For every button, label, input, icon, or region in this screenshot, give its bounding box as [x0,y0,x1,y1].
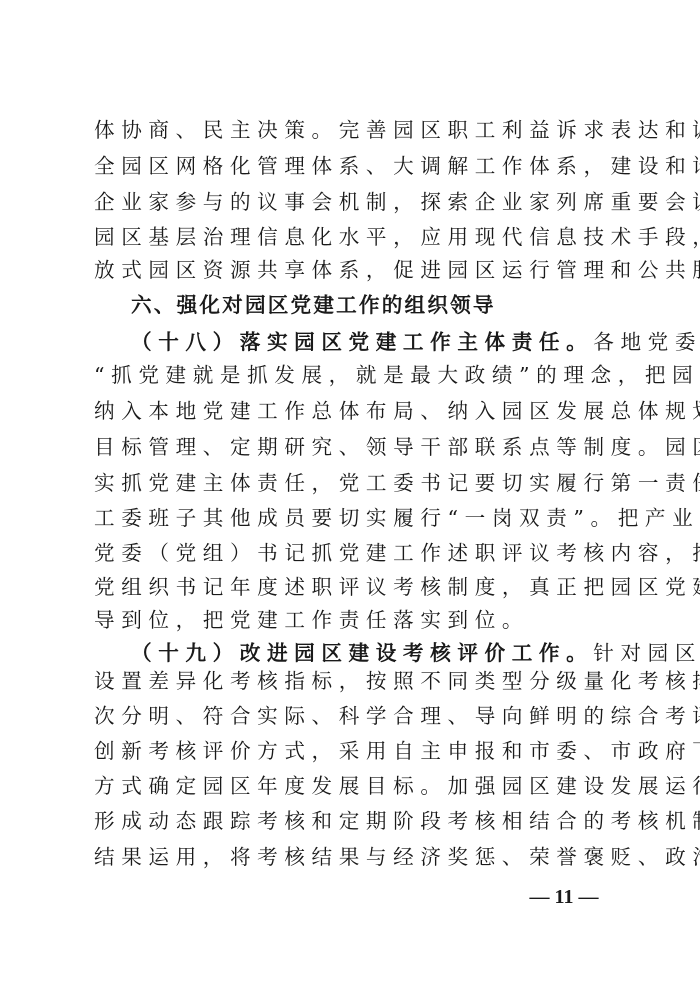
page-number: — 11 — [528,882,600,912]
text-line: “抓党建就是抓发展，就是最大政绩”的理念，把园区党建工作 [94,357,614,393]
text-line: 设置差异化考核指标，按照不同类型分级量化考核排名，建立层 [94,663,614,699]
text-line: 企业家参与的议事会机制，探索企业家列席重要会议制度。提升 [94,184,614,220]
text-line: 次分明、符合实际、科学合理、导向鲜明的综合考评指标体系。 [94,698,614,734]
paragraph-text: 针对园区实际，分类 [593,641,700,665]
text-line: 方式确定园区年度发展目标。加强园区建设发展运行过程监管， [94,768,614,804]
text-line: 结果运用，将考核结果与经济奖惩、荣誉褒贬、政治升降等挂钩， [94,839,614,875]
paragraph-title: （十八）落实园区党建工作主体责任。 [131,330,593,354]
paragraph-first-line: （十八）落实园区党建工作主体责任。各地党委要牢固树立 [131,324,614,360]
text-line: 工委班子其他成员要切实履行“一岗双责”。把产业园区党建纳入 [94,500,614,536]
text-line: 党组织书记年度述职评议考核制度，真正把园区党建工作压力传 [94,569,614,605]
text-line: 形成动态跟踪考核和定期阶段考核相结合的考核机制。强化考核 [94,803,614,839]
text-line: 党委（党组）书记抓党建工作述职评议考核内容，推行园区基层 [94,535,614,571]
section-heading: 六、强化对园区党建工作的组织领导 [131,287,651,323]
text-line: 放式园区资源共享体系，促进园区运行管理和公共服务智慧化。 [94,252,614,288]
text-line: 创新考核评价方式，采用自主申报和市委、市政府下达相结合的 [94,733,614,769]
paragraph-title: （十九）改进园区建设考核评价工作。 [131,641,593,665]
text-line: 实抓党建主体责任，党工委书记要切实履行第一责任人职责，党 [94,465,614,501]
text-line: 全园区网格化管理体系、大调解工作体系，建设和谐园区。健全 [94,148,614,184]
paragraph-text: 各地党委要牢固树立 [593,330,700,354]
text-line: 导到位，把党建工作责任落实到位。 [94,602,614,638]
text-line: 目标管理、定期研究、领导干部联系点等制度。园区党工委要落 [94,429,614,465]
text-line: 园区基层治理信息化水平，应用现代信息技术手段，建立完善开 [94,219,614,255]
text-line: 体协商、民主决策。完善园区职工利益诉求表达和调处机制，健 [94,112,614,148]
document-page: 体协商、民主决策。完善园区职工利益诉求表达和调处机制，健 全园区网格化管理体系、… [0,0,700,990]
text-line: 纳入本地党建工作总体布局、纳入园区发展总体规划。建立健全 [94,393,614,429]
